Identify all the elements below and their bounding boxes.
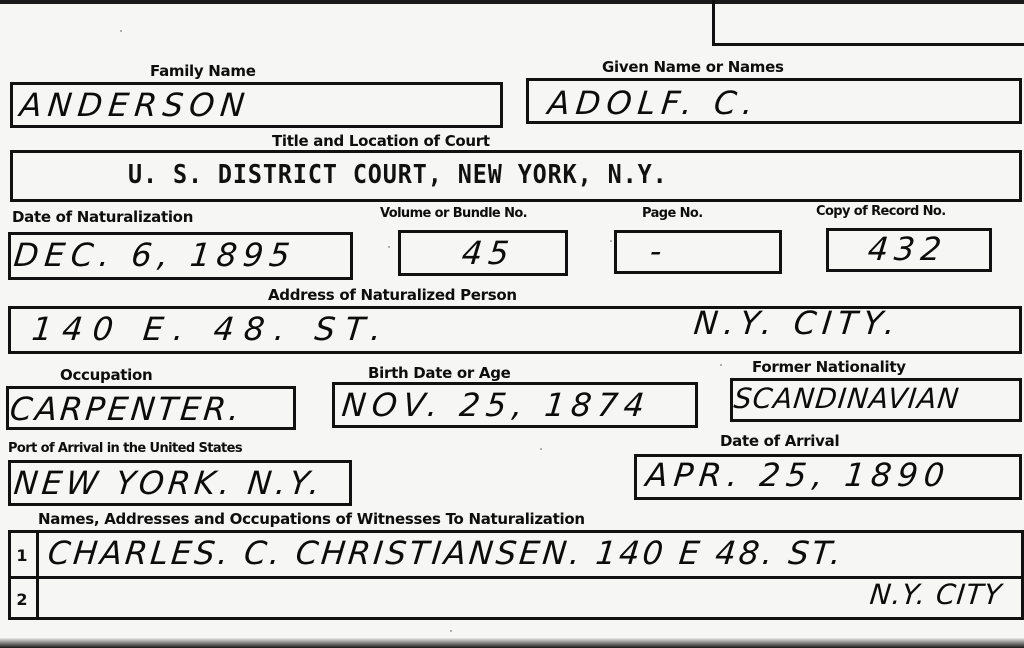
address-label: Address of Naturalized Person	[268, 286, 517, 304]
occupation-label: Occupation	[60, 366, 152, 384]
scan-speck	[720, 364, 722, 366]
scan-speck	[450, 630, 452, 632]
copy-of-record-value: 432	[866, 230, 949, 268]
witnesses-label: Names, Addresses and Occupations of Witn…	[38, 510, 585, 528]
date-of-arrival-value: APR. 25, 1890	[644, 456, 952, 494]
page-field	[614, 230, 782, 274]
occupation-value: CARPENTER.	[8, 390, 244, 428]
witness-2-value: N.Y. CITY	[868, 578, 1004, 611]
given-name-label: Given Name or Names	[602, 58, 784, 76]
volume-label: Volume or Bundle No.	[380, 206, 527, 221]
birth-date-value: NOV. 25, 1874	[340, 386, 652, 424]
naturalization-index-card: Family Name ANDERSON Given Name or Names…	[0, 0, 1024, 648]
witness-1-value: CHARLES. C. CHRISTIANSEN. 140 E 48. ST.	[46, 534, 846, 572]
date-of-naturalization-label: Date of Naturalization	[12, 208, 193, 226]
corner-box	[712, 0, 1024, 46]
former-nationality-value: SCANDINAVIAN	[732, 382, 961, 415]
port-of-arrival-value: NEW YORK. N.Y.	[12, 464, 325, 502]
address-city-value: N.Y. CITY.	[692, 304, 903, 342]
scan-speck	[120, 30, 122, 32]
family-name-value: ANDERSON	[18, 86, 252, 124]
scan-speck	[388, 246, 390, 248]
witness-1-number: 1	[6, 546, 38, 565]
scan-speck	[540, 448, 542, 450]
birth-date-label: Birth Date or Age	[368, 364, 511, 382]
port-of-arrival-label: Port of Arrival in the United States	[8, 441, 242, 456]
volume-value: 45	[460, 234, 517, 272]
witness-2-number: 2	[6, 590, 38, 609]
date-of-arrival-label: Date of Arrival	[720, 432, 839, 450]
family-name-label: Family Name	[150, 62, 256, 80]
scan-speck	[610, 240, 612, 242]
court-value: U. S. DISTRICT COURT, NEW YORK, N.Y.	[128, 160, 668, 190]
card-bottom-edge	[0, 638, 1024, 648]
date-of-naturalization-value: DEC. 6, 1895	[12, 236, 298, 274]
page-label: Page No.	[642, 206, 703, 221]
former-nationality-label: Former Nationality	[752, 358, 906, 376]
address-street-value: 140 E. 48. ST.	[30, 310, 393, 348]
copy-of-record-label: Copy of Record No.	[816, 204, 946, 219]
given-name-value: ADOLF. C.	[546, 84, 761, 122]
court-label: Title and Location of Court	[272, 132, 490, 150]
